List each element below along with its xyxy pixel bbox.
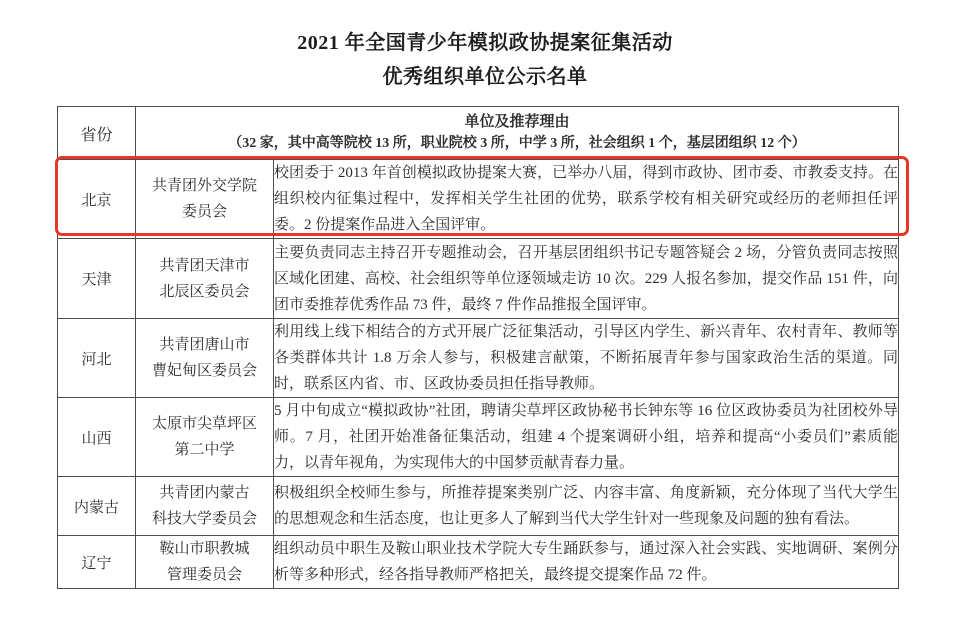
header-province: 省份: [58, 107, 136, 160]
table-row-shanxi: 山西 太原市尖草坪区 第二中学 5 月中旬成立“模拟政协”社团，聘请尖草坪区政协…: [58, 398, 899, 477]
reason-cell: 组织动员中职生及鞍山职业技术学院大专生踊跃参与，通过深入社会实践、实地调研、案例…: [274, 536, 899, 589]
unit-cell: 共青团外交学院 委员会: [136, 160, 274, 239]
table-row-liaoning: 辽宁 鞍山市职教城 管理委员会 组织动员中职生及鞍山职业技术学院大专生踊跃参与，…: [58, 536, 899, 589]
province-cell: 内蒙古: [58, 477, 136, 536]
reason-cell: 积极组织全校师生参与，所推荐提案类别广泛、内容丰富、角度新颖，充分体现了当代大学…: [274, 477, 899, 536]
reason-cell: 利用线上线下相结合的方式开展广泛征集活动，引导区内学生、新兴青年、农村青年、教师…: [274, 319, 899, 398]
reason-cell: 5 月中旬成立“模拟政协”社团，聘请尖草坪区政协秘书长钟东等 16 位区政协委员…: [274, 398, 899, 477]
announcement-table: 省份 单位及推荐理由 （32 家，其中高等院校 13 所，职业院校 3 所，中学…: [57, 106, 899, 589]
document-page: 2021 年全国青少年模拟政协提案征集活动 优秀组织单位公示名单 省份 单位及推…: [0, 0, 970, 624]
header-unit-reason: 单位及推荐理由 （32 家，其中高等院校 13 所，职业院校 3 所，中学 3 …: [136, 107, 899, 160]
province-cell: 辽宁: [58, 536, 136, 589]
table-header-row: 省份 单位及推荐理由 （32 家，其中高等院校 13 所，职业院校 3 所，中学…: [58, 107, 899, 160]
reason-cell: 校团委于 2013 年首创模拟政协提案大赛，已举办八届，得到市政协、团市委、市教…: [274, 160, 899, 239]
document-title-line1: 2021 年全国青少年模拟政协提案征集活动: [0, 26, 970, 60]
table-row-tianjin: 天津 共青团天津市 北辰区委员会 主要负责同志主持召开专题推动会，召开基层团组织…: [58, 239, 899, 319]
unit-cell: 共青团唐山市 曹妃甸区委员会: [136, 319, 274, 398]
table-row-neimenggu: 内蒙古 共青团内蒙古 科技大学委员会 积极组织全校师生参与，所推荐提案类别广泛、…: [58, 477, 899, 536]
table-row-hebei: 河北 共青团唐山市 曹妃甸区委员会 利用线上线下相结合的方式开展广泛征集活动，引…: [58, 319, 899, 398]
reason-cell: 主要负责同志主持召开专题推动会，召开基层团组织书记专题答疑会 2 场，分管负责同…: [274, 239, 899, 319]
unit-cell: 太原市尖草坪区 第二中学: [136, 398, 274, 477]
document-title: 2021 年全国青少年模拟政协提案征集活动 优秀组织单位公示名单: [0, 26, 970, 94]
unit-cell: 共青团内蒙古 科技大学委员会: [136, 477, 274, 536]
document-title-line2: 优秀组织单位公示名单: [0, 60, 970, 94]
province-cell: 河北: [58, 319, 136, 398]
header-unit-reason-note: （32 家，其中高等院校 13 所，职业院校 3 所，中学 3 所，社会组织 1…: [136, 133, 898, 155]
unit-cell: 鞍山市职教城 管理委员会: [136, 536, 274, 589]
table-row-beijing: 北京 共青团外交学院 委员会 校团委于 2013 年首创模拟政协提案大赛，已举办…: [58, 160, 899, 239]
province-cell: 天津: [58, 239, 136, 319]
province-cell: 北京: [58, 160, 136, 239]
province-cell: 山西: [58, 398, 136, 477]
header-unit-reason-title: 单位及推荐理由: [136, 111, 898, 133]
unit-cell: 共青团天津市 北辰区委员会: [136, 239, 274, 319]
